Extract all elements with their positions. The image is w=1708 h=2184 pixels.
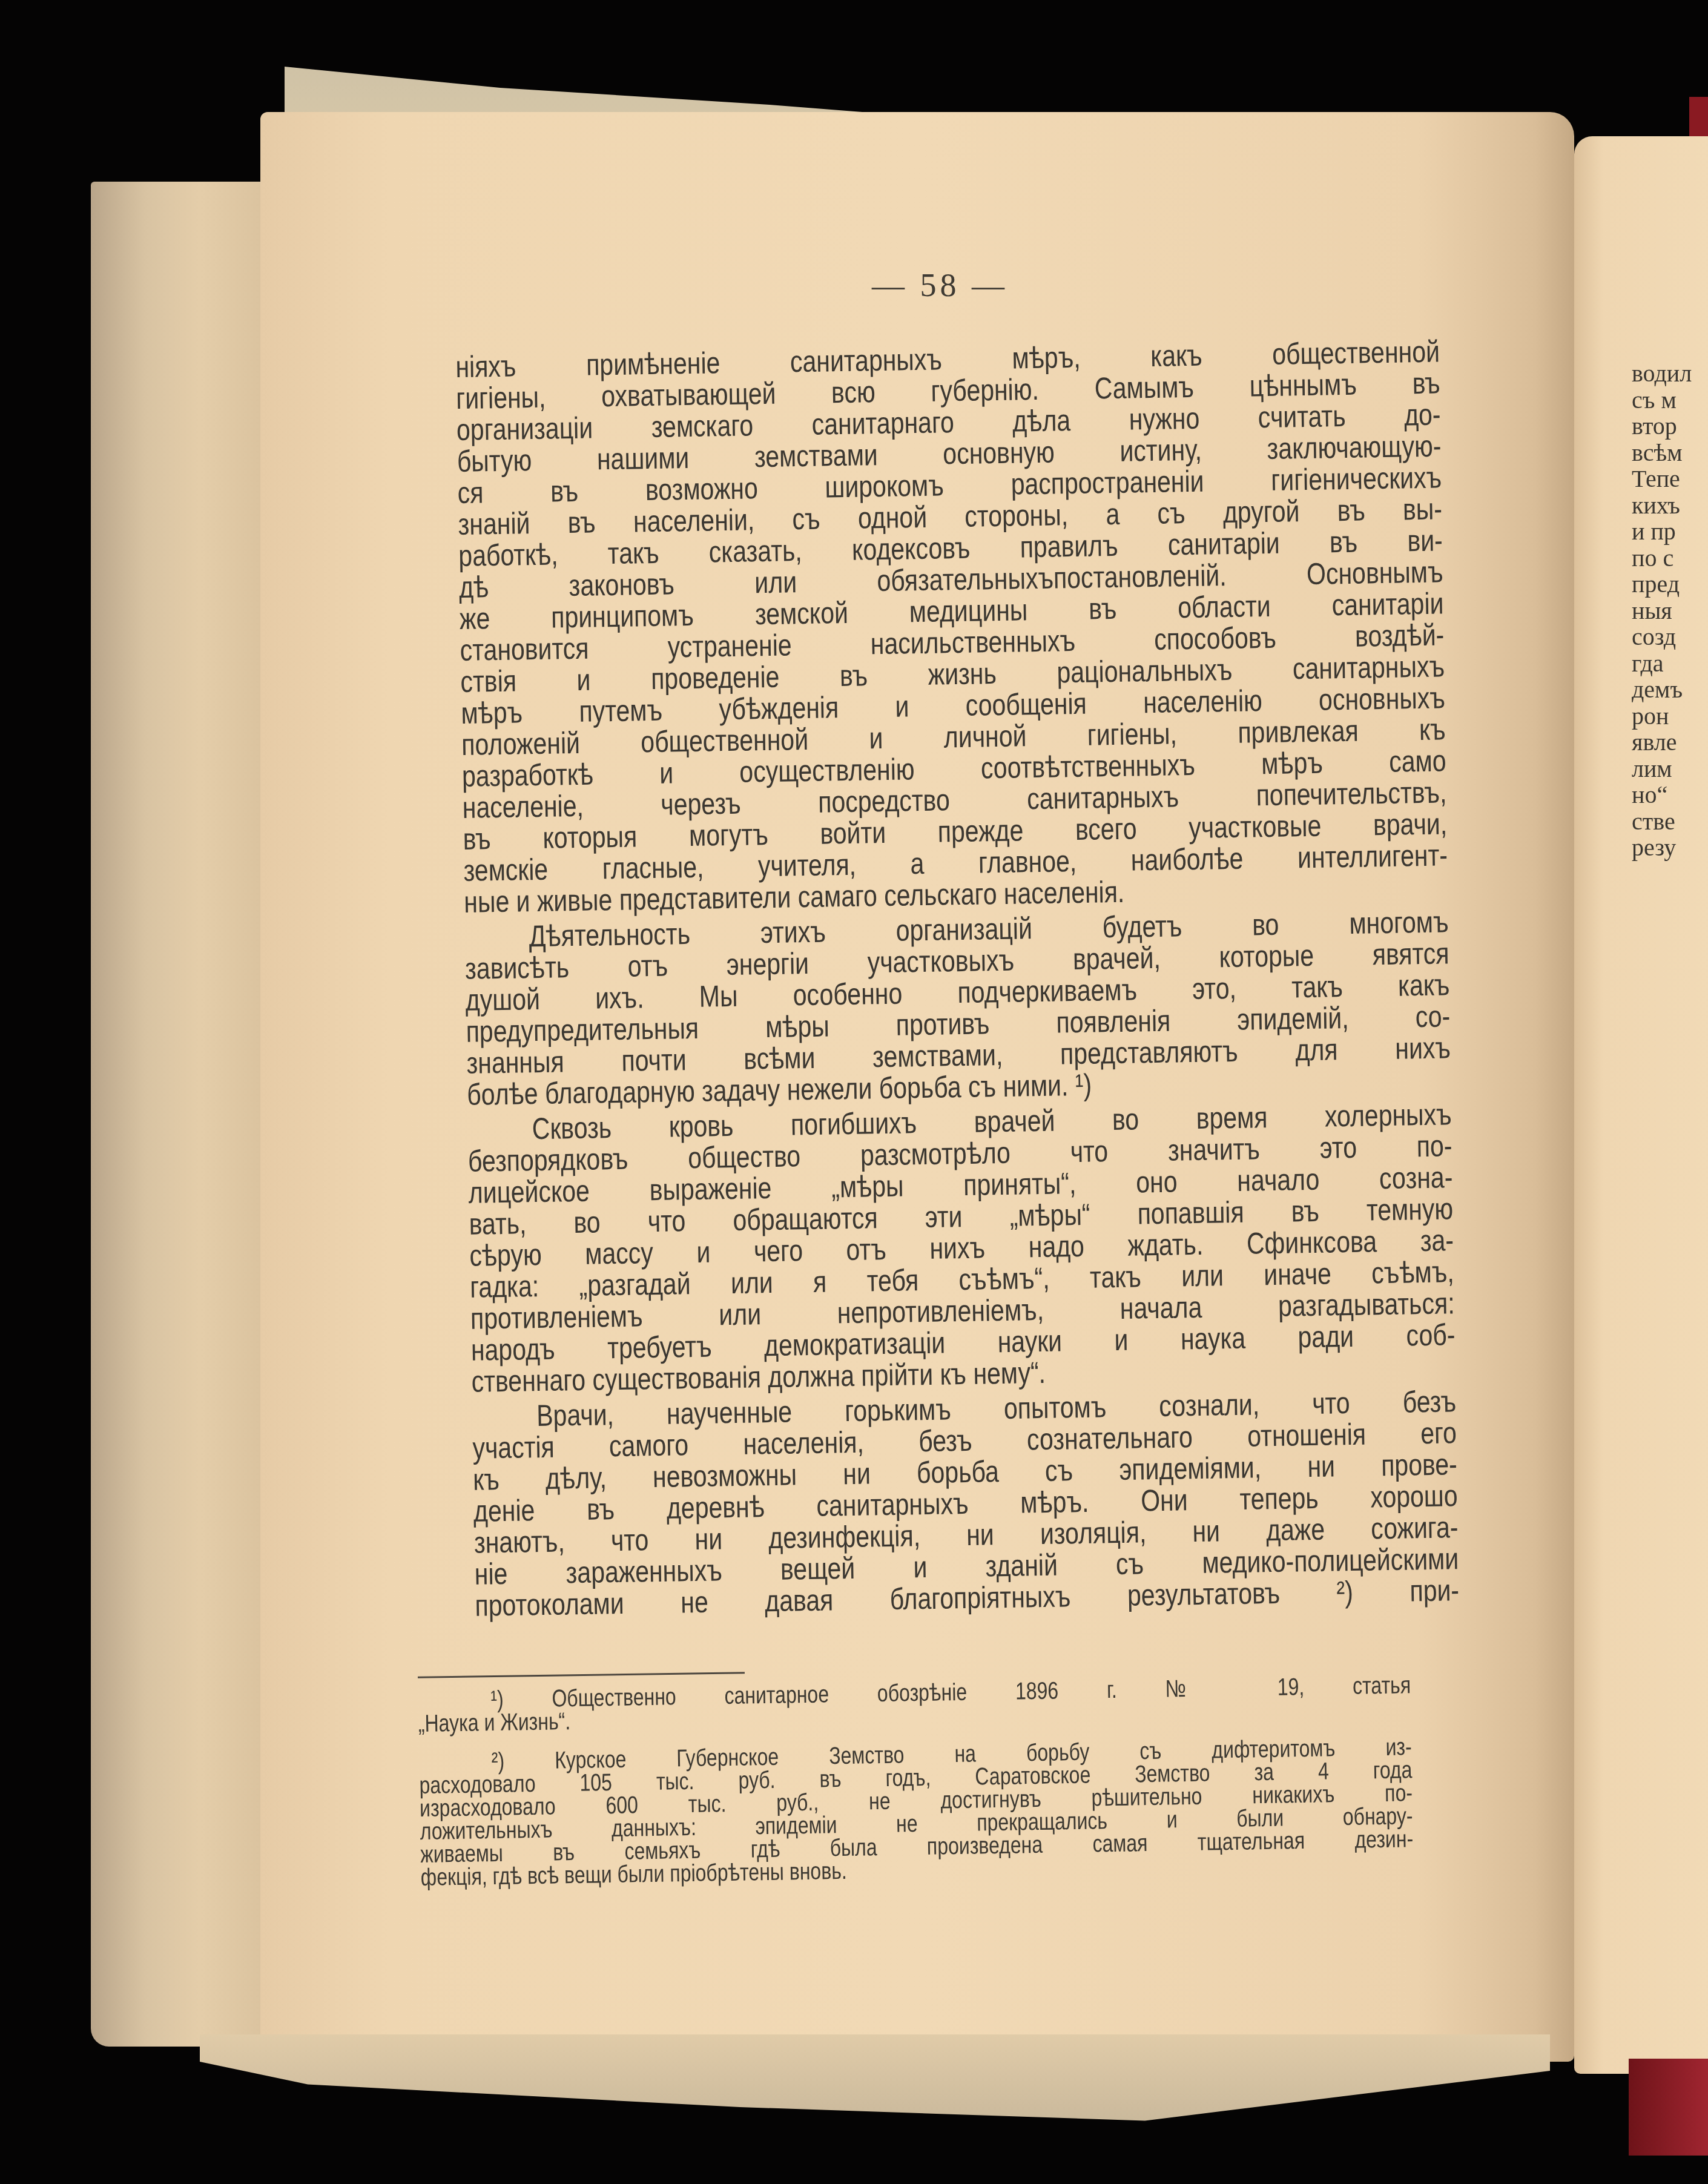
right-page-line: явле (1632, 729, 1708, 756)
right-page-line: лим (1632, 756, 1708, 782)
right-page-line: кихъ (1632, 492, 1708, 519)
right-page-line: стве (1632, 808, 1708, 835)
right-page-line: рон (1632, 703, 1708, 730)
main-text-block: ніяхъ примѣненіе санитарныхъ мѣръ, какъ … (455, 335, 1459, 1621)
right-page-text-fragment: водил съ м втор всѣм Тепе кихъ и пр по с… (1632, 360, 1708, 861)
book-bottom-edge (200, 2034, 1550, 2125)
footnotes-block: ¹) Общественно санитарное обозрѣніе 1896… (418, 1674, 1414, 1889)
right-page-line: но“ (1632, 782, 1708, 808)
right-page-line: съ м (1632, 387, 1708, 414)
right-page-line: гда (1632, 650, 1708, 677)
right-page-line: всѣм (1632, 440, 1708, 466)
right-page-line: демъ (1632, 676, 1708, 703)
right-page-line: созд (1632, 624, 1708, 650)
right-page-line: водил (1632, 360, 1708, 387)
book-page-stack-edge (91, 182, 272, 2047)
right-page-line: втор (1632, 413, 1708, 440)
right-page-line: пред (1632, 571, 1708, 598)
right-page-line: ныя (1632, 598, 1708, 624)
right-page-line: и пр (1632, 518, 1708, 545)
right-page-line: резу (1632, 834, 1708, 861)
bookmark-ribbon-bottom (1629, 2059, 1708, 2156)
right-page-line: Тепе (1632, 466, 1708, 492)
page-number: — 58 — (872, 266, 1008, 304)
right-page-line: по с (1632, 545, 1708, 572)
